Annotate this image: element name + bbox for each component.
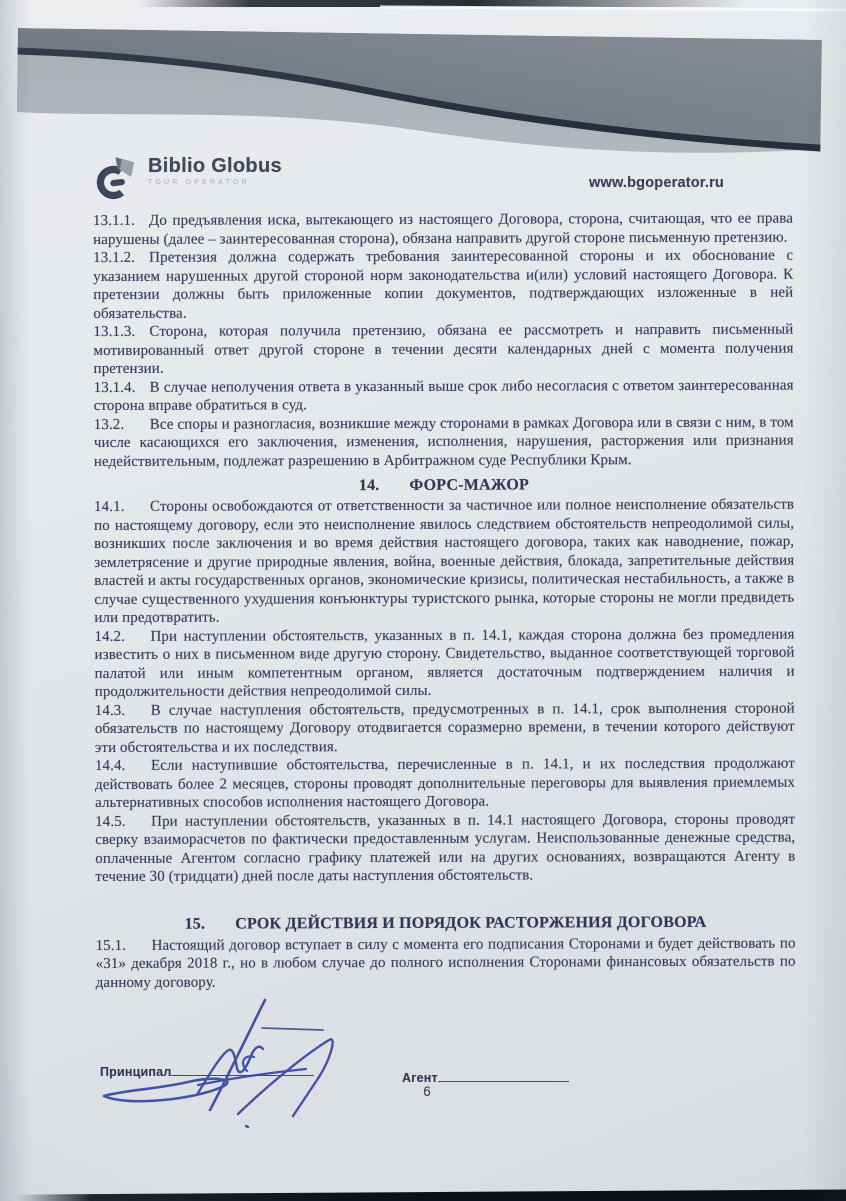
logo-subtitle: TOUR OPERATOR: [148, 179, 282, 186]
clause-number: 14.1.: [94, 498, 150, 517]
clause-14-5: 14.5.При наступлении обстоятельств, указ…: [95, 810, 795, 886]
clause-text: При наступлении обстоятельств, указанных…: [95, 811, 795, 885]
company-logo: Biblio Globus TOUR OPERATOR: [92, 155, 282, 205]
agent-label: Агент: [402, 1071, 438, 1085]
clause-number: 15.1.: [96, 936, 152, 955]
clause-13-1-3: 13.1.3.Сторона, которая получила претенз…: [93, 321, 793, 379]
clause-text: Если наступившие обстоятельства, перечис…: [95, 756, 795, 811]
clause-13-1-1: 13.1.1.До предъявления иска, вытекающего…: [93, 210, 793, 249]
section-title: ФОРС-МАЖОР: [409, 476, 529, 493]
clause-text: Стороны освобождаются от ответственности…: [94, 497, 794, 626]
agent-signature-line: [438, 1069, 569, 1082]
clause-14-2: 14.2.При наступлении обстоятельств, указ…: [94, 625, 794, 701]
swoosh-graphic-icon: [16, 28, 822, 166]
clause-14-3: 14.3.В случае наступления обстоятельств,…: [95, 699, 795, 757]
biblio-globus-globe-icon: [92, 155, 139, 205]
section-number: 14.: [359, 477, 380, 494]
clause-number: 13.1.2.: [93, 249, 149, 268]
clause-number: 13.2.: [94, 415, 150, 434]
clause-text: При наступлении обстоятельств, указанных…: [95, 626, 795, 700]
clause-15-1: 15.1.Настоящий договор вступает в силу с…: [96, 934, 796, 992]
section-15-heading: 15.СРОК ДЕЙСТВИЯ И ПОРЯДОК РАСТОРЖЕНИЯ Д…: [95, 911, 795, 934]
clause-14-1: 14.1.Стороны освобождаются от ответствен…: [94, 496, 794, 628]
principal-label: Принципал: [100, 1065, 171, 1079]
section-number: 15.: [185, 915, 206, 932]
website-url: www.bgoperator.ru: [589, 175, 724, 191]
clause-number: 14.2.: [94, 627, 150, 646]
clause-text: Сторона, которая получила претензию, обя…: [93, 322, 793, 377]
contract-body: 13.1.1.До предъявления иска, вытекающего…: [93, 210, 796, 992]
logo-title: Biblio Globus: [148, 155, 282, 177]
clause-number: 14.5.: [95, 812, 151, 831]
paper-top-edge-highlight: [380, 5, 846, 11]
clause-13-1-2: 13.1.2.Претензия должна содержать требов…: [93, 247, 793, 323]
clause-text: В случае наступления обстоятельств, пред…: [95, 700, 795, 755]
section-title: СРОК ДЕЙСТВИЯ И ПОРЯДОК РАСТОРЖЕНИЯ ДОГО…: [235, 913, 706, 932]
clause-text: Настоящий договор вступает в силу с моме…: [96, 935, 796, 990]
clause-text: Претензия должна содержать требования за…: [93, 248, 793, 322]
logo-text: Biblio Globus TOUR OPERATOR: [148, 155, 282, 186]
photo-background-bottom-edge: [16, 1189, 846, 1201]
clause-14-4: 14.4.Если наступившие обстоятельства, пе…: [95, 755, 795, 813]
clause-number: 14.3.: [95, 701, 151, 720]
clause-13-1-4: 13.1.4.В случае неполучения ответа в ука…: [94, 376, 794, 415]
clause-text: В случае неполучения ответа в указанный …: [94, 377, 794, 414]
section-14-heading: 14.ФОРС-МАЖОР: [94, 474, 794, 497]
clause-number: 14.4.: [95, 757, 151, 776]
clause-13-2: 13.2.Все споры и разногласия, возникшие …: [94, 413, 794, 471]
clause-text: Все споры и разногласия, возникшие между…: [94, 414, 794, 469]
principal-signature-block: Принципал: [100, 1063, 314, 1081]
header-swoosh-banner: [16, 28, 822, 166]
scanned-contract-page: Biblio Globus TOUR OPERATOR www.bgoperat…: [0, 0, 846, 1201]
clause-number: 13.1.1.: [93, 212, 149, 231]
page-number: 6: [418, 1084, 436, 1099]
clause-number: 13.1.3.: [93, 323, 149, 342]
clause-text: До предъявления иска, вытекающего из нас…: [93, 211, 793, 248]
principal-signature-line: [171, 1063, 314, 1076]
clause-number: 13.1.4.: [94, 378, 150, 397]
